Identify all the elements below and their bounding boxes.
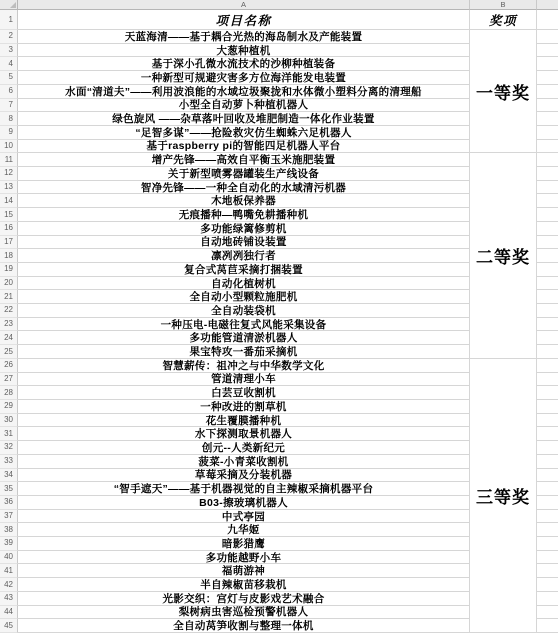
cell-empty[interactable] bbox=[537, 222, 558, 236]
cell-empty[interactable] bbox=[537, 99, 558, 113]
row-header-12[interactable]: 12 bbox=[0, 167, 18, 181]
cell-project-name[interactable]: 白芸豆收割机 bbox=[18, 386, 470, 400]
cell-project-name[interactable]: 花生覆膜播种机 bbox=[18, 414, 470, 428]
row-header-41[interactable]: 41 bbox=[0, 564, 18, 578]
cell-empty[interactable] bbox=[537, 153, 558, 167]
cell-project-name[interactable]: 复合式莴苣采摘打捆装置 bbox=[18, 263, 470, 277]
row-header-33[interactable]: 33 bbox=[0, 455, 18, 469]
cell-project-name[interactable]: “足智多谋”——抢险救灾仿生蜘蛛六足机器人 bbox=[18, 126, 470, 140]
cell-project-name[interactable]: 绿色旋风 ——杂草落叶回收及堆肥制造一体化作业装置 bbox=[18, 112, 470, 126]
row-header-6[interactable]: 6 bbox=[0, 85, 18, 99]
cell-empty[interactable] bbox=[537, 140, 558, 154]
cell-empty[interactable] bbox=[537, 71, 558, 85]
cell-empty[interactable] bbox=[537, 112, 558, 126]
cell-project-name[interactable]: 多功能越野小车 bbox=[18, 551, 470, 565]
cell-empty[interactable] bbox=[537, 345, 558, 359]
cell-project-name[interactable]: 梨树病虫害巡检预警机器人 bbox=[18, 606, 470, 620]
cell-empty[interactable] bbox=[537, 619, 558, 633]
cell-project-name[interactable]: 创元--人类新纪元 bbox=[18, 441, 470, 455]
cell-empty[interactable] bbox=[537, 208, 558, 222]
row-header-40[interactable]: 40 bbox=[0, 551, 18, 565]
cell-empty[interactable] bbox=[537, 373, 558, 387]
cell-project-name[interactable]: 木地板保养器 bbox=[18, 194, 470, 208]
cell-project-name[interactable]: 天蓝海清——基于耦合光热的海岛制水及产能装置 bbox=[18, 30, 470, 44]
cell-empty[interactable] bbox=[537, 455, 558, 469]
row-header-2[interactable]: 2 bbox=[0, 30, 18, 44]
cell-empty[interactable] bbox=[537, 523, 558, 537]
cell-empty[interactable] bbox=[537, 427, 558, 441]
cell-empty[interactable] bbox=[537, 386, 558, 400]
row-header-19[interactable]: 19 bbox=[0, 263, 18, 277]
cell-project-name[interactable]: 智慧薪传：祖冲之与中华数学文化 bbox=[18, 359, 470, 373]
spreadsheet: AB12345678910111213141516171819202122232… bbox=[0, 0, 558, 633]
cell-project-name[interactable]: 基于深小孔微水流技术的沙柳种植装备 bbox=[18, 57, 470, 71]
row-header-4[interactable]: 4 bbox=[0, 57, 18, 71]
row-header-32[interactable]: 32 bbox=[0, 441, 18, 455]
row-header-9[interactable]: 9 bbox=[0, 126, 18, 140]
row-header-8[interactable]: 8 bbox=[0, 112, 18, 126]
cell-empty[interactable] bbox=[537, 551, 558, 565]
cell-empty[interactable] bbox=[537, 578, 558, 592]
cell-empty[interactable] bbox=[537, 510, 558, 524]
row-header-3[interactable]: 3 bbox=[0, 44, 18, 58]
cell-empty[interactable] bbox=[537, 194, 558, 208]
cell-empty[interactable] bbox=[537, 318, 558, 332]
cell-empty[interactable] bbox=[537, 30, 558, 44]
cell-project-name[interactable]: 水下探测取景机器人 bbox=[18, 427, 470, 441]
row-header-21[interactable]: 21 bbox=[0, 290, 18, 304]
row-header-44[interactable]: 44 bbox=[0, 606, 18, 620]
column-header-B[interactable]: B bbox=[470, 0, 537, 10]
cell-empty[interactable] bbox=[537, 181, 558, 195]
row-header-28[interactable]: 28 bbox=[0, 386, 18, 400]
cell-project-name[interactable]: 半自辣椒苗移栽机 bbox=[18, 578, 470, 592]
column-header-A[interactable]: A bbox=[18, 0, 470, 10]
row-header-1[interactable]: 1 bbox=[0, 10, 18, 30]
row-header-31[interactable]: 31 bbox=[0, 427, 18, 441]
column-header-cut[interactable] bbox=[537, 0, 558, 10]
row-header-17[interactable]: 17 bbox=[0, 236, 18, 250]
cell-award-1[interactable]: 一等奖 bbox=[470, 30, 537, 153]
cell-empty[interactable] bbox=[537, 249, 558, 263]
cell-project-name[interactable]: 菠菜-小青菜收割机 bbox=[18, 455, 470, 469]
cell-empty[interactable] bbox=[537, 236, 558, 250]
row-header-37[interactable]: 37 bbox=[0, 510, 18, 524]
cell-empty[interactable] bbox=[537, 414, 558, 428]
cell-award-3[interactable]: 三等奖 bbox=[470, 359, 537, 633]
cell-project-name[interactable]: 无痕播种—鸭嘴免耕播种机 bbox=[18, 208, 470, 222]
row-header-45[interactable]: 45 bbox=[0, 619, 18, 633]
spreadsheet-grid: AB12345678910111213141516171819202122232… bbox=[0, 0, 558, 633]
cell-empty[interactable] bbox=[537, 482, 558, 496]
row-header-38[interactable]: 38 bbox=[0, 523, 18, 537]
cell-project-name[interactable]: 凛冽冽独行者 bbox=[18, 249, 470, 263]
cell-project-name[interactable]: 管道清理小车 bbox=[18, 373, 470, 387]
cell-empty[interactable] bbox=[537, 441, 558, 455]
cell-project-name[interactable]: 大葱种植机 bbox=[18, 44, 470, 58]
cell-empty[interactable] bbox=[537, 592, 558, 606]
cell-award-2[interactable]: 二等奖 bbox=[470, 153, 537, 359]
row-header-23[interactable]: 23 bbox=[0, 318, 18, 332]
cell-project-name[interactable]: 福萌游神 bbox=[18, 564, 470, 578]
row-header-18[interactable]: 18 bbox=[0, 249, 18, 263]
cell-project-name[interactable]: 一种新型可规避灾害多方位海洋能发电装置 bbox=[18, 71, 470, 85]
cell-project-name[interactable]: 光影交织：宫灯与皮影戏艺术融合 bbox=[18, 592, 470, 606]
cell-project-name[interactable]: 关于新型喷雾器罐装生产线设备 bbox=[18, 167, 470, 181]
cell-project-name[interactable]: 全自动莴笋收割与整理一体机 bbox=[18, 619, 470, 633]
cell-empty[interactable] bbox=[537, 263, 558, 277]
row-header-27[interactable]: 27 bbox=[0, 373, 18, 387]
cell-project-name[interactable]: 自动化植树机 bbox=[18, 277, 470, 291]
cell-empty[interactable] bbox=[537, 290, 558, 304]
cell-project-name[interactable]: 中式亭园 bbox=[18, 510, 470, 524]
cell-project-name[interactable]: 九华姬 bbox=[18, 523, 470, 537]
cell-empty[interactable] bbox=[537, 496, 558, 510]
cell-project-name-header[interactable]: 项目名称 bbox=[18, 10, 470, 30]
row-header-14[interactable]: 14 bbox=[0, 194, 18, 208]
cell-project-name[interactable]: 基于raspberry pi的智能四足机器人平台 bbox=[18, 140, 470, 154]
cell-empty[interactable] bbox=[537, 564, 558, 578]
cell-project-name[interactable]: 增产先锋——高效自平衡玉米施肥装置 bbox=[18, 153, 470, 167]
cell-project-name[interactable]: 暗影猎鹰 bbox=[18, 537, 470, 551]
cell-empty[interactable] bbox=[537, 331, 558, 345]
cell-project-name[interactable]: 一种压电-电磁往复式风能采集设备 bbox=[18, 318, 470, 332]
row-header-42[interactable]: 42 bbox=[0, 578, 18, 592]
row-header-39[interactable]: 39 bbox=[0, 537, 18, 551]
cell-award-header[interactable]: 奖项 bbox=[470, 10, 537, 30]
cell-project-name[interactable]: 全自动小型颗粒施肥机 bbox=[18, 290, 470, 304]
row-header-25[interactable]: 25 bbox=[0, 345, 18, 359]
cell-empty[interactable] bbox=[537, 304, 558, 318]
row-header-26[interactable]: 26 bbox=[0, 359, 18, 373]
row-header-30[interactable]: 30 bbox=[0, 414, 18, 428]
cell-project-name[interactable]: “智手遮天”——基于机器视觉的自主辣椒采摘机器平台 bbox=[18, 482, 470, 496]
row-header-20[interactable]: 20 bbox=[0, 277, 18, 291]
cell-empty[interactable] bbox=[537, 400, 558, 414]
cell-empty[interactable] bbox=[537, 44, 558, 58]
cell-empty[interactable] bbox=[537, 469, 558, 483]
row-header-43[interactable]: 43 bbox=[0, 592, 18, 606]
cell-project-name[interactable]: 小型全自动萝卜种植机器人 bbox=[18, 99, 470, 113]
cell-project-name[interactable]: 自动地砖铺设装置 bbox=[18, 236, 470, 250]
row-header-15[interactable]: 15 bbox=[0, 208, 18, 222]
cell-empty[interactable] bbox=[537, 537, 558, 551]
cell-empty[interactable] bbox=[537, 167, 558, 181]
cell-empty[interactable] bbox=[537, 10, 558, 30]
select-all-corner[interactable] bbox=[0, 0, 18, 10]
cell-project-name[interactable]: 全自动装袋机 bbox=[18, 304, 470, 318]
cell-empty[interactable] bbox=[537, 85, 558, 99]
row-header-35[interactable]: 35 bbox=[0, 482, 18, 496]
row-header-24[interactable]: 24 bbox=[0, 331, 18, 345]
cell-project-name[interactable]: 多功能绿篱修剪机 bbox=[18, 222, 470, 236]
cell-project-name[interactable]: 多功能管道清淤机器人 bbox=[18, 331, 470, 345]
cell-project-name[interactable]: 草莓采摘及分装机器 bbox=[18, 469, 470, 483]
cell-empty[interactable] bbox=[537, 277, 558, 291]
cell-project-name[interactable]: 水面“清道夫”——利用波浪能的水域垃圾聚拢和水体微小塑料分离的清理船 bbox=[18, 85, 470, 99]
cell-empty[interactable] bbox=[537, 126, 558, 140]
row-header-13[interactable]: 13 bbox=[0, 181, 18, 195]
row-header-16[interactable]: 16 bbox=[0, 222, 18, 236]
cell-empty[interactable] bbox=[537, 359, 558, 373]
row-header-5[interactable]: 5 bbox=[0, 71, 18, 85]
cell-empty[interactable] bbox=[537, 606, 558, 620]
row-header-11[interactable]: 11 bbox=[0, 153, 18, 167]
row-header-36[interactable]: 36 bbox=[0, 496, 18, 510]
cell-project-name[interactable]: 智净先锋——一种全自动化的水域清污机器 bbox=[18, 181, 470, 195]
row-header-22[interactable]: 22 bbox=[0, 304, 18, 318]
cell-project-name[interactable]: B03-擦玻璃机器人 bbox=[18, 496, 470, 510]
row-header-34[interactable]: 34 bbox=[0, 469, 18, 483]
row-header-10[interactable]: 10 bbox=[0, 140, 18, 154]
cell-empty[interactable] bbox=[537, 57, 558, 71]
cell-project-name[interactable]: 一种改进的割草机 bbox=[18, 400, 470, 414]
cell-project-name[interactable]: 果宝特攻一番茄采摘机 bbox=[18, 345, 470, 359]
row-header-29[interactable]: 29 bbox=[0, 400, 18, 414]
row-header-7[interactable]: 7 bbox=[0, 99, 18, 113]
